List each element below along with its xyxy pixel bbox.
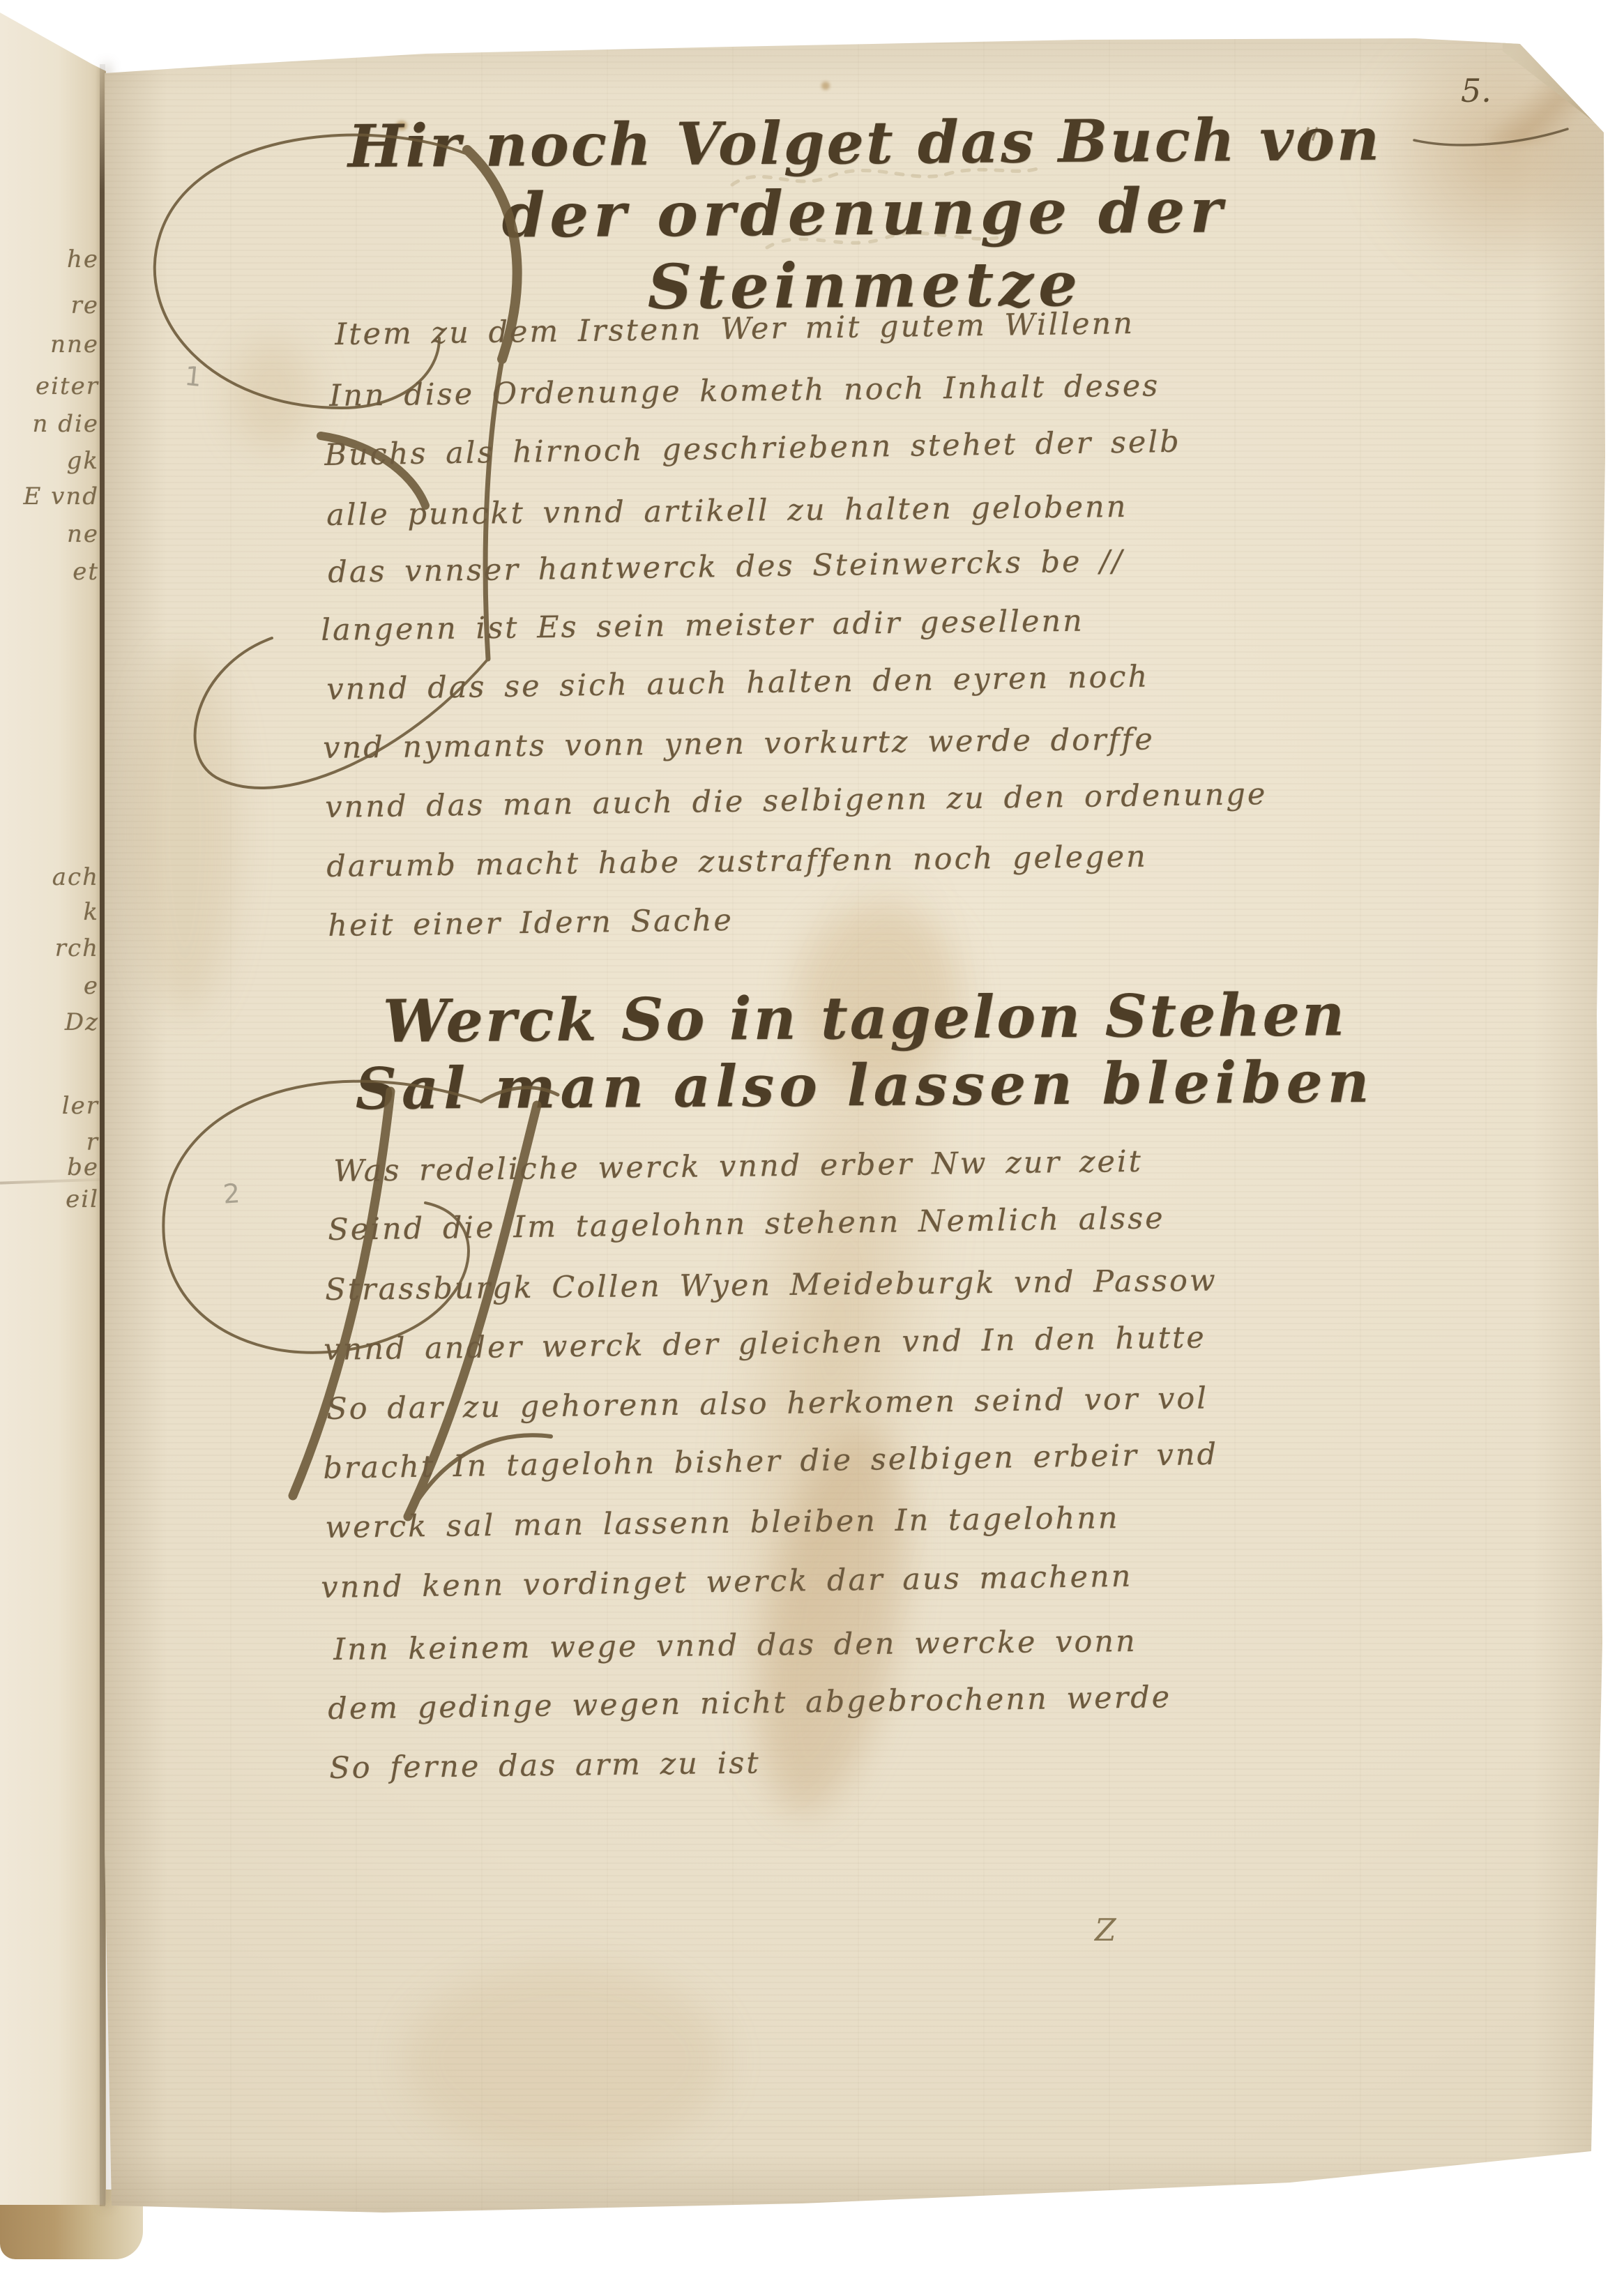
prev-page-fragment: k — [83, 898, 99, 926]
prev-page-fragment: rch — [55, 934, 99, 962]
prev-page-fragment: n die — [33, 410, 99, 438]
quire-mark: Z — [1095, 1913, 1116, 1948]
manuscript-line: heit einer Idern Sache — [328, 903, 734, 943]
manuscript-photo: he re nne eiter n die gk E vnd ne et ach… — [0, 0, 1624, 2269]
folio-underline-swash — [1409, 121, 1576, 151]
prev-page-fragment: ne — [67, 520, 99, 548]
prev-page-fragment: ler — [62, 1092, 99, 1120]
prev-page-fragment: be — [67, 1153, 99, 1181]
prev-page-fragment: nne — [50, 331, 99, 358]
prev-page-fragment: r — [86, 1128, 99, 1156]
previous-page-edge: he re nne eiter n die gk E vnd ne et ach… — [0, 0, 106, 2269]
prev-page-fragment: Dz — [65, 1008, 99, 1036]
paper-crease — [0, 1178, 106, 1184]
prev-page-fragment: eil — [66, 1185, 99, 1213]
prev-page-fragment: ach — [52, 863, 99, 891]
pencil-paragraph-number: 2 — [222, 1178, 241, 1210]
prev-page-fragment: re — [71, 291, 99, 319]
pencil-paragraph-number: 1 — [183, 361, 204, 393]
prev-page-fragment: et — [73, 558, 99, 586]
prev-page-fragment: eiter — [36, 372, 99, 400]
folio-number: 5. — [1461, 72, 1492, 109]
manuscript-line: So ferne das arm zu ist — [329, 1745, 761, 1786]
manuscript-page: 5. Hir noch Volget das Buch von der orde… — [105, 38, 1609, 2215]
prev-page-fragment: he — [67, 245, 99, 273]
book-gutter — [100, 64, 105, 2206]
prev-page-fragment: gk — [67, 447, 99, 475]
prev-page-fragment: e — [84, 972, 99, 1000]
prev-page-fragment: E vnd — [24, 483, 100, 510]
